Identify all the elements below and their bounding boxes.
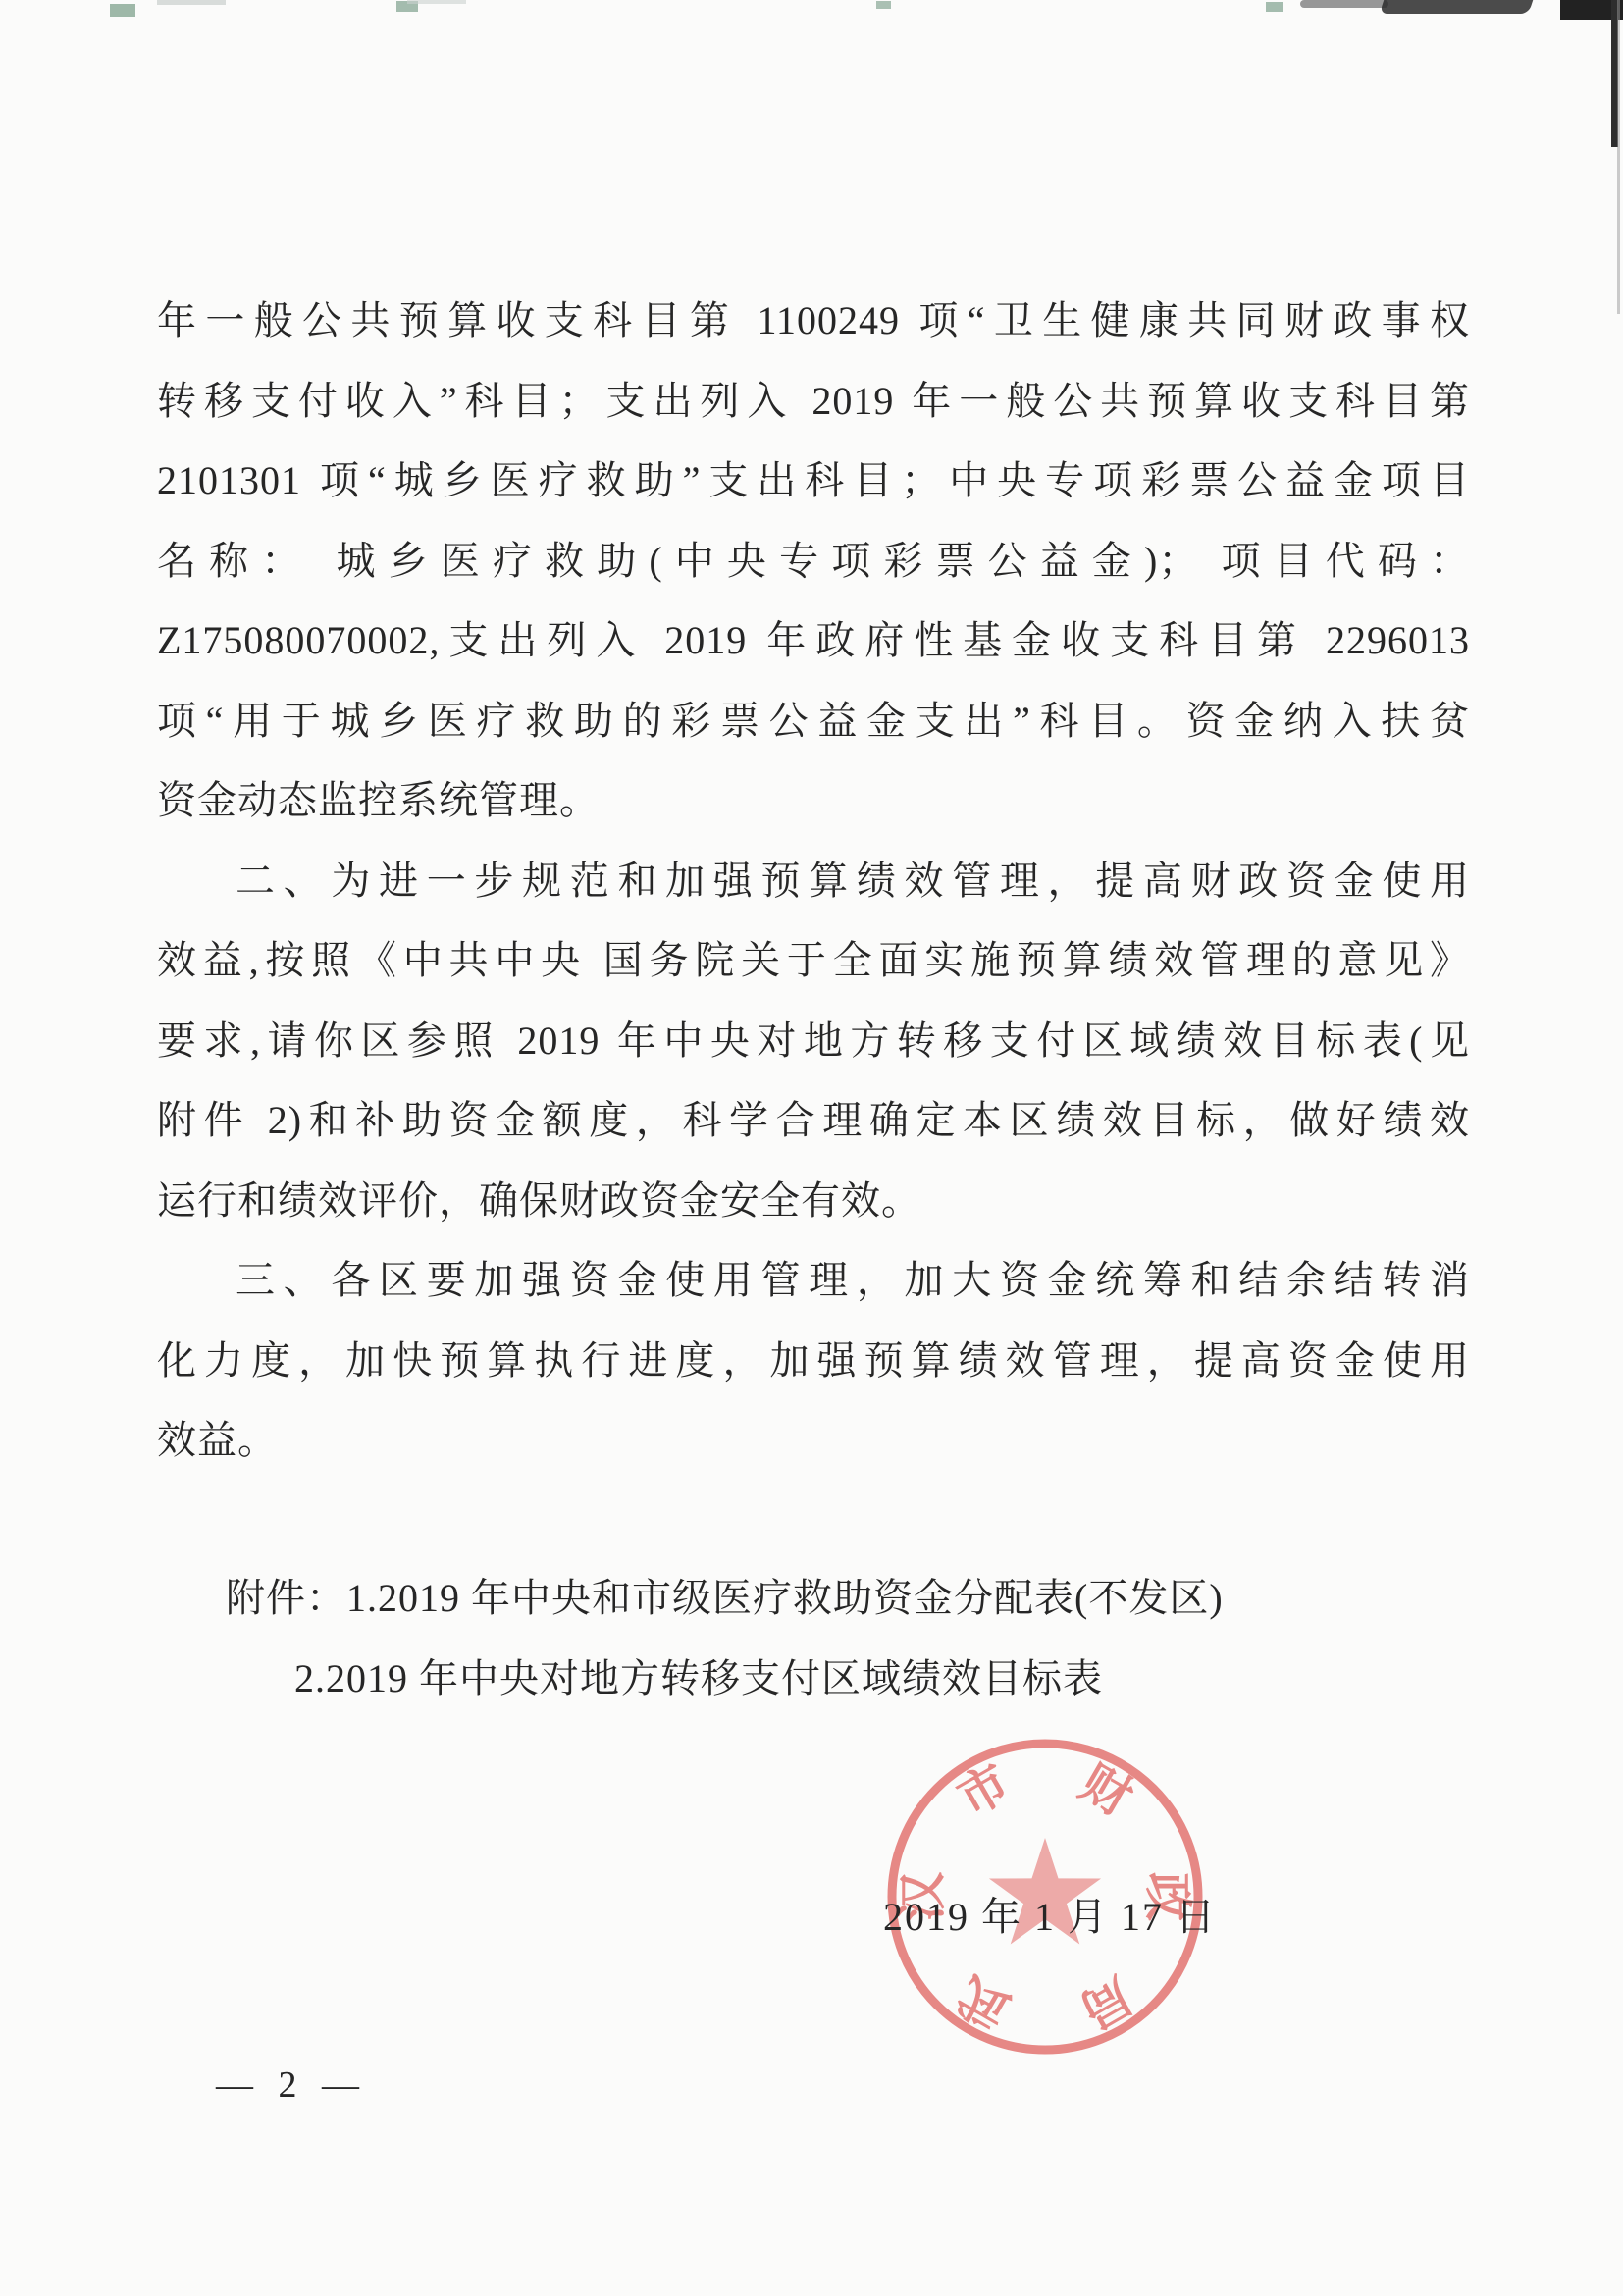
body-line: 运行和绩效评价，确保财政资金安全有效。: [157, 1161, 1470, 1241]
scan-artifact-smudge: [407, 0, 466, 4]
issue-date: 2019 年 1 月 17 日: [883, 1886, 1217, 1942]
attachments-list: 附件：1.2019 年中央和市级医疗救助资金分配表(不发区) 2.2019 年中…: [226, 1558, 1224, 1719]
body-line: 效益。: [157, 1400, 1470, 1481]
body-line: 转移支付收入”科目；支出列入 2019 年一般公共预算收支科目第: [157, 361, 1470, 442]
scan-artifact-green: [876, 1, 891, 9]
page-number: — 2 —: [216, 2063, 367, 2107]
body-line: 要求,请你区参照 2019 年中央对地方转移支付区域绩效目标表(见: [157, 1001, 1470, 1081]
body-line: 年一般公共预算收支科目第 1100249 项“卫生健康共同财政事权: [157, 281, 1470, 361]
body-line: 效益,按照《中共中央 国务院关于全面实施预算绩效管理的意见》: [157, 920, 1470, 1001]
scan-artifact-dark: [1300, 0, 1388, 8]
body-line-paragraph-2-start: 二、为进一步规范和加强预算绩效管理，提高财政资金使用: [157, 841, 1470, 921]
body-line: 化力度，加快预算执行进度，加强预算绩效管理，提高资金使用: [157, 1321, 1470, 1401]
scan-artifact-dark: [1380, 0, 1534, 14]
document-body: 年一般公共预算收支科目第 1100249 项“卫生健康共同财政事权 转移支付收入…: [157, 281, 1470, 1481]
attachment-item-1: 附件：1.2019 年中央和市级医疗救助资金分配表(不发区): [226, 1558, 1224, 1639]
scan-artifact-green: [1266, 2, 1283, 12]
body-line: 资金动态监控系统管理。: [157, 760, 1470, 841]
body-line: Z175080070002,支出列入 2019 年政府性基金收支科目第 2296…: [157, 600, 1470, 681]
scan-artifact-smudge: [157, 0, 226, 5]
scanned-document-page: 年一般公共预算收支科目第 1100249 项“卫生健康共同财政事权 转移支付收入…: [0, 0, 1623, 2296]
body-line: 2101301 项“城乡医疗救助”支出科目；中央专项彩票公益金项目: [157, 441, 1470, 521]
body-line-paragraph-3-start: 三、各区要加强资金使用管理，加大资金统筹和结余结转消: [157, 1240, 1470, 1321]
scan-artifact-page-edge: [1617, 0, 1620, 314]
body-line: 项“用于城乡医疗救助的彩票公益金支出”科目。资金纳入扶贫: [157, 681, 1470, 761]
attachment-item-2: 2.2019 年中央对地方转移支付区域绩效目标表: [226, 1639, 1224, 1719]
body-line: 名称： 城乡医疗救助(中央专项彩票公益金)； 项目代码：: [157, 521, 1470, 601]
body-line: 附件 2)和补助资金额度，科学合理确定本区绩效目标，做好绩效: [157, 1080, 1470, 1161]
scan-artifact-green: [110, 4, 135, 17]
